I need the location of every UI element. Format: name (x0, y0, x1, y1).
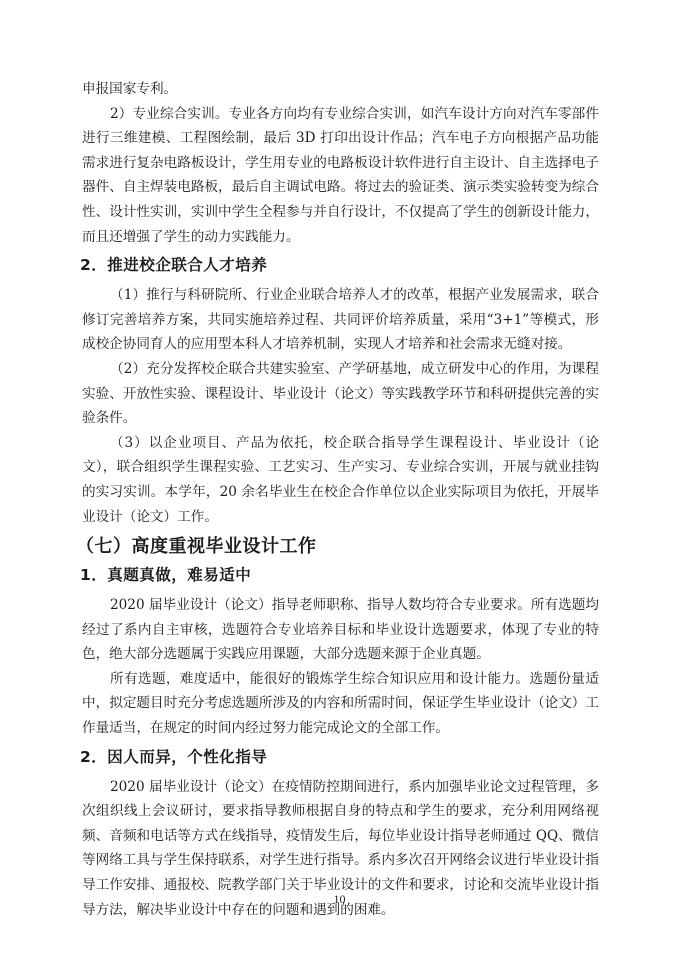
paragraph-item-3: （3）以企业项目、产品为依托，校企联合指导学生课程设计、毕业设计（论文），联合组… (82, 431, 599, 529)
document-page: 申报国家专利。 2）专业综合实训。专业各方向均有专业综合实训，如汽车设计方向对汽… (82, 77, 599, 922)
section-heading-graduation-design: （七）高度重视毕业设计工作 (76, 535, 599, 559)
heading-personalized-guidance: 2．因人而异，个性化指导 (80, 747, 599, 767)
paragraph-comprehensive-training: 2）专业综合实训。专业各方向均有专业综合实训，如汽车设计方向对汽车零部件进行三维… (82, 102, 599, 250)
paragraph-topic-difficulty: 所有选题，难度适中，能很好的锻炼学生综合知识应用和设计能力。选题份量适中，拟定题… (82, 667, 599, 741)
page-number: 10 (0, 892, 679, 907)
paragraph-item-1: （1）推行与科研院所、行业企业联合培养人才的改革，根据产业发展需求，联合修订完善… (82, 283, 599, 357)
heading-real-topics: 1．真题真做，难易适中 (80, 565, 599, 585)
paragraph-item-2: （2）充分发挥校企联合共建实验室、产学研基地，成立研发中心的作用，为课程实验、开… (82, 357, 599, 431)
paragraph-2020-advisors: 2020 届毕业设计（论文）指导老师职称、指导人数均符合专业要求。所有选题均经过… (82, 593, 599, 667)
heading-school-enterprise: 2．推进校企联合人才培养 (80, 255, 599, 275)
paragraph-patent: 申报国家专利。 (82, 77, 599, 102)
